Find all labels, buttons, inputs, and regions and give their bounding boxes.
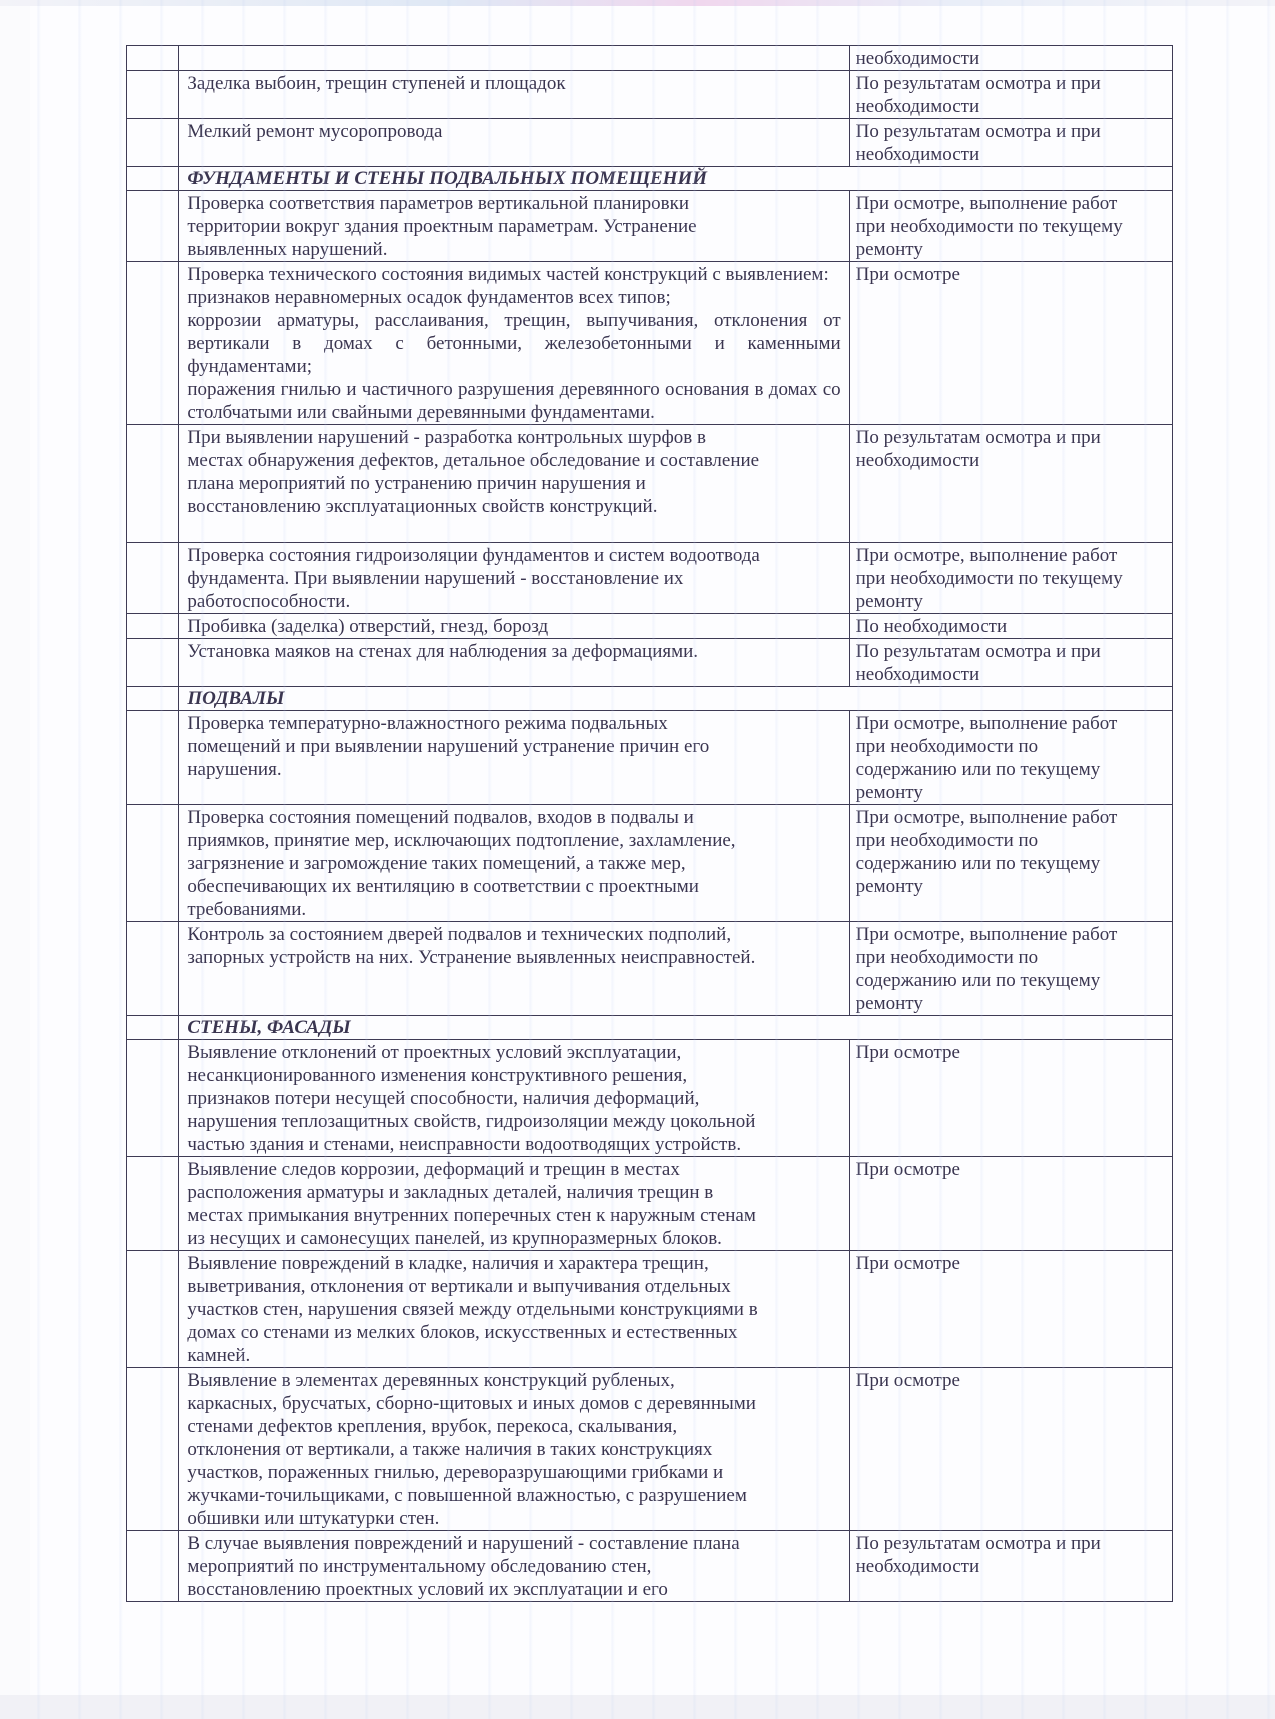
row-number-cell <box>127 167 179 191</box>
row-number-cell <box>127 119 179 167</box>
work-description: Проверка технического состояния видимых … <box>179 262 849 425</box>
row-number-cell <box>127 922 179 1016</box>
work-description: Проверка температурно-влажностного режим… <box>179 711 849 805</box>
section-title: ПОДВАЛЫ <box>179 687 1173 711</box>
row-number-cell <box>127 1016 179 1040</box>
work-description: Мелкий ремонт мусоропровода <box>179 119 849 167</box>
table-row: Выявление повреждений в кладке, наличия … <box>127 1251 1173 1368</box>
work-periodicity: По результатам осмотра и при необходимос… <box>849 71 1172 119</box>
section-header-row: ФУНДАМЕНТЫ И СТЕНЫ ПОДВАЛЬНЫХ ПОМЕЩЕНИЙ <box>127 167 1173 191</box>
row-number-cell <box>127 1157 179 1251</box>
section-title: ФУНДАМЕНТЫ И СТЕНЫ ПОДВАЛЬНЫХ ПОМЕЩЕНИЙ <box>179 167 1173 191</box>
table-row: Проверка состояния помещений подвалов, в… <box>127 805 1173 922</box>
row-number-cell <box>127 639 179 687</box>
work-periodicity: При осмотре <box>849 1040 1172 1157</box>
table-row: Установка маяков на стенах для наблюдени… <box>127 639 1173 687</box>
table-row: Заделка выбоин, трещин ступеней и площад… <box>127 71 1173 119</box>
row-number-cell <box>127 1251 179 1368</box>
work-periodicity: При осмотре, выполнение работ при необхо… <box>849 805 1172 922</box>
table-row: Мелкий ремонт мусоропроводаПо результата… <box>127 119 1173 167</box>
scan-edge <box>0 0 1275 6</box>
row-number-cell <box>127 543 179 614</box>
work-periodicity: По результатам осмотра и при необходимос… <box>849 119 1172 167</box>
work-description: Выявление отклонений от проектных услови… <box>179 1040 849 1157</box>
work-periodicity: При осмотре, выполнение работ при необхо… <box>849 191 1172 262</box>
row-number-cell <box>127 1368 179 1531</box>
row-number-cell <box>127 191 179 262</box>
table-row: Выявление в элементах деревянных констру… <box>127 1368 1173 1531</box>
work-description: В случае выявления повреждений и нарушен… <box>179 1531 849 1602</box>
row-number-cell <box>127 1040 179 1157</box>
table-row: Контроль за состоянием дверей подвалов и… <box>127 922 1173 1016</box>
work-description: Проверка состояния гидроизоляции фундаме… <box>179 543 849 614</box>
table-row: При выявлении нарушений - разработка кон… <box>127 425 1173 543</box>
work-periodicity: При осмотре, выполнение работ при необхо… <box>849 543 1172 614</box>
row-number-cell <box>127 805 179 922</box>
work-description: Заделка выбоин, трещин ступеней и площад… <box>179 71 849 119</box>
row-number-cell <box>127 46 179 71</box>
section-header-row: СТЕНЫ, ФАСАДЫ <box>127 1016 1173 1040</box>
work-periodicity: При осмотре, выполнение работ при необхо… <box>849 711 1172 805</box>
work-periodicity: При осмотре <box>849 1251 1172 1368</box>
work-description: Проверка соответствия параметров вертика… <box>179 191 849 262</box>
work-description: Выявление повреждений в кладке, наличия … <box>179 1251 849 1368</box>
scan-bottom-edge <box>0 1695 1275 1719</box>
row-number-cell <box>127 687 179 711</box>
row-number-cell <box>127 71 179 119</box>
row-number-cell <box>127 1531 179 1602</box>
table-row: Проверка температурно-влажностного режим… <box>127 711 1173 805</box>
section-header-row: ПОДВАЛЫ <box>127 687 1173 711</box>
row-number-cell <box>127 614 179 639</box>
table-row: В случае выявления повреждений и нарушен… <box>127 1531 1173 1602</box>
table-row: Проверка состояния гидроизоляции фундаме… <box>127 543 1173 614</box>
work-periodicity: При осмотре, выполнение работ при необхо… <box>849 922 1172 1016</box>
work-periodicity: По результатам осмотра и при необходимос… <box>849 1531 1172 1602</box>
work-periodicity: По необходимости <box>849 614 1172 639</box>
table-row: Выявление отклонений от проектных услови… <box>127 1040 1173 1157</box>
work-periodicity: По результатам осмотра и при необходимос… <box>849 425 1172 543</box>
table-row: необходимости <box>127 46 1173 71</box>
work-description: Выявление следов коррозии, деформаций и … <box>179 1157 849 1251</box>
table-row: Выявление следов коррозии, деформаций и … <box>127 1157 1173 1251</box>
work-description: При выявлении нарушений - разработка кон… <box>179 425 849 543</box>
maintenance-works-table: необходимостиЗаделка выбоин, трещин ступ… <box>126 45 1173 1602</box>
work-periodicity: По результатам осмотра и при необходимос… <box>849 639 1172 687</box>
work-periodicity: При осмотре <box>849 1368 1172 1531</box>
work-periodicity: При осмотре <box>849 262 1172 425</box>
table-row: Проверка соответствия параметров вертика… <box>127 191 1173 262</box>
table-row: Проверка технического состояния видимых … <box>127 262 1173 425</box>
work-description: Контроль за состоянием дверей подвалов и… <box>179 922 849 1016</box>
work-description <box>179 46 849 71</box>
work-description: Выявление в элементах деревянных констру… <box>179 1368 849 1531</box>
section-title: СТЕНЫ, ФАСАДЫ <box>179 1016 1173 1040</box>
table-row: Пробивка (заделка) отверстий, гнезд, бор… <box>127 614 1173 639</box>
work-periodicity: необходимости <box>849 46 1172 71</box>
row-number-cell <box>127 425 179 543</box>
work-description: Установка маяков на стенах для наблюдени… <box>179 639 849 687</box>
work-description: Проверка состояния помещений подвалов, в… <box>179 805 849 922</box>
work-periodicity: При осмотре <box>849 1157 1172 1251</box>
row-number-cell <box>127 262 179 425</box>
row-number-cell <box>127 711 179 805</box>
work-description: Пробивка (заделка) отверстий, гнезд, бор… <box>179 614 849 639</box>
